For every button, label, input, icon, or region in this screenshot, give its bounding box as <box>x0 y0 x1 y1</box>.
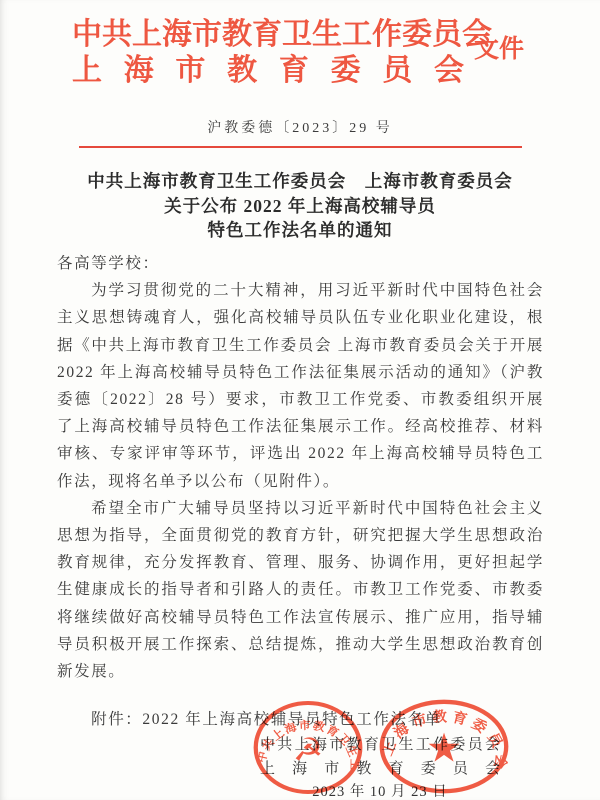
letterhead-org-line2: 上海市教育委员会 <box>72 53 464 89</box>
letterhead-org-line1: 中共上海市教育卫生工作委员会 <box>72 17 464 53</box>
title-line3: 特色工作法名单的通知 <box>40 218 560 243</box>
letterhead: 中共上海市教育卫生工作委员会 上海市教育委员会 文件 <box>72 17 542 89</box>
hammer-sickle-icon: ☭ <box>293 731 324 769</box>
document-number: 沪教委德〔2023〕29 号 <box>0 117 600 137</box>
paragraph-2: 希望全市广大辅导员坚持以习近平新时代中国特色社会主义思想为指导，全面贯彻党的教育… <box>57 495 544 685</box>
letterhead-doc-type-label: 文件 <box>474 29 524 65</box>
document-title: 中共上海市教育卫生工作委员会 上海市教育委员会 关于公布 2022 年上海高校辅… <box>40 169 560 243</box>
document-body: 各高等学校： 为学习贯彻党的二十大精神，用习近平新时代中国特色社会主义思想铸魂育… <box>57 250 544 733</box>
red-separator-rule <box>79 146 522 148</box>
official-seal-right: 上海市教育委员会 ★ <box>377 698 511 795</box>
paragraph-1: 为学习贯彻党的二十大精神，用习近平新时代中国特色社会主义思想铸魂育人，强化高校辅… <box>57 277 544 495</box>
document-page: 中共上海市教育卫生工作委员会 上海市教育委员会 文件 沪教委德〔2023〕29 … <box>0 0 600 800</box>
salutation: 各高等学校： <box>57 250 544 277</box>
star-icon: ★ <box>426 726 462 772</box>
official-seal-left: 中共上海市教育卫生工作委员会 ☭ <box>251 699 365 796</box>
title-line1: 中共上海市教育卫生工作委员会 上海市教育委员会 <box>40 169 560 194</box>
title-line2: 关于公布 2022 年上海高校辅导员 <box>40 194 560 219</box>
letterhead-orgs: 中共上海市教育卫生工作委员会 上海市教育委员会 <box>72 17 464 89</box>
